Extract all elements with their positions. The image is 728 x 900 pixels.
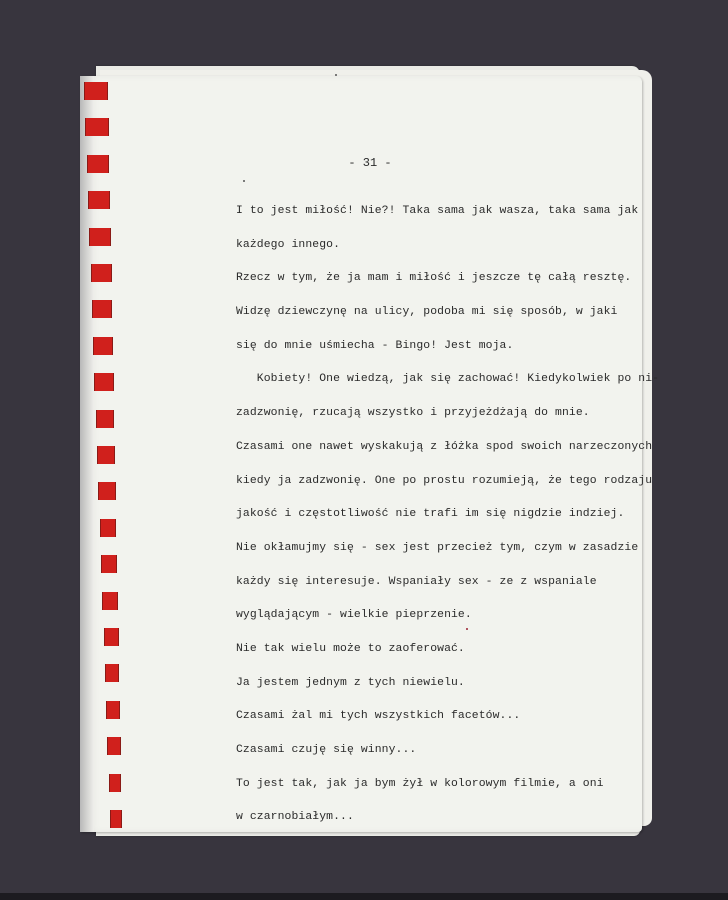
scanner-bed-edge (0, 893, 728, 900)
text-line: Ja jestem jednym z tych niewielu. (236, 674, 636, 708)
text-line: I to jest miłość! Nie?! Taka sama jak wa… (236, 202, 636, 236)
text-line: To jest tak, jak ja bym żył w kolorowym … (236, 775, 636, 809)
text-line: w czarnobiałym... (236, 808, 636, 842)
binding-ring (109, 774, 122, 792)
binding-ring (94, 373, 113, 391)
text-line: każdy się interesuje. Wspaniały sex - ze… (236, 573, 636, 607)
binding-ring (101, 555, 117, 573)
binding-ring (98, 482, 115, 500)
binding-ring (89, 228, 111, 246)
body-text: I to jest miłość! Nie?! Taka sama jak wa… (236, 202, 636, 842)
text-line: się do mnie uśmiecha - Bingo! Jest moja. (236, 337, 636, 371)
binding-ring (93, 337, 113, 355)
text-line: Czasami żal mi tych wszystkich facetów..… (236, 707, 636, 741)
binding-ring (91, 264, 112, 282)
text-line: Czasami one nawet wyskakują z łóżka spod… (236, 438, 636, 472)
binding-ring (84, 82, 108, 100)
text-line: kiedy ja zadzwonię. One po prostu rozumi… (236, 472, 636, 506)
binding-ring (106, 701, 120, 719)
text-line: wyglądającym - wielkie pieprzenie. (236, 606, 636, 640)
text-line: Czasami czuję się winny... (236, 741, 636, 775)
text-line: Rzecz w tym, że ja mam i miłość i jeszcz… (236, 269, 636, 303)
binding-ring (97, 446, 115, 464)
binding-ring (85, 118, 108, 136)
binding-edge (80, 76, 94, 832)
text-line: Nie tak wielu może to zaoferować. (236, 640, 636, 674)
paper-speck (335, 74, 337, 76)
document-page: - 31 - I to jest miłość! Nie?! Taka sama… (80, 76, 642, 832)
binding-ring (100, 519, 117, 537)
paper-speck (243, 180, 245, 182)
binding-ring (88, 191, 110, 209)
binding-ring (105, 664, 119, 682)
text-line: Nie okłamujmy się - sex jest przecież ty… (236, 539, 636, 573)
text-line: zadzwonię, rzucają wszystko i przyjeżdża… (236, 404, 636, 438)
binding-ring (92, 300, 112, 318)
text-line: jakość i częstotliwość nie trafi im się … (236, 505, 636, 539)
binding-ring (104, 628, 119, 646)
binding-ring (107, 737, 120, 755)
binding-ring (96, 410, 115, 428)
text-line: Kobiety! One wiedzą, jak się zachować! K… (236, 370, 636, 404)
binding-ring (110, 810, 122, 828)
binding-ring (102, 592, 118, 610)
page-number: - 31 - (80, 156, 642, 170)
text-line: Widzę dziewczynę na ulicy, podoba mi się… (236, 303, 636, 337)
text-line: każdego innego. (236, 236, 636, 270)
